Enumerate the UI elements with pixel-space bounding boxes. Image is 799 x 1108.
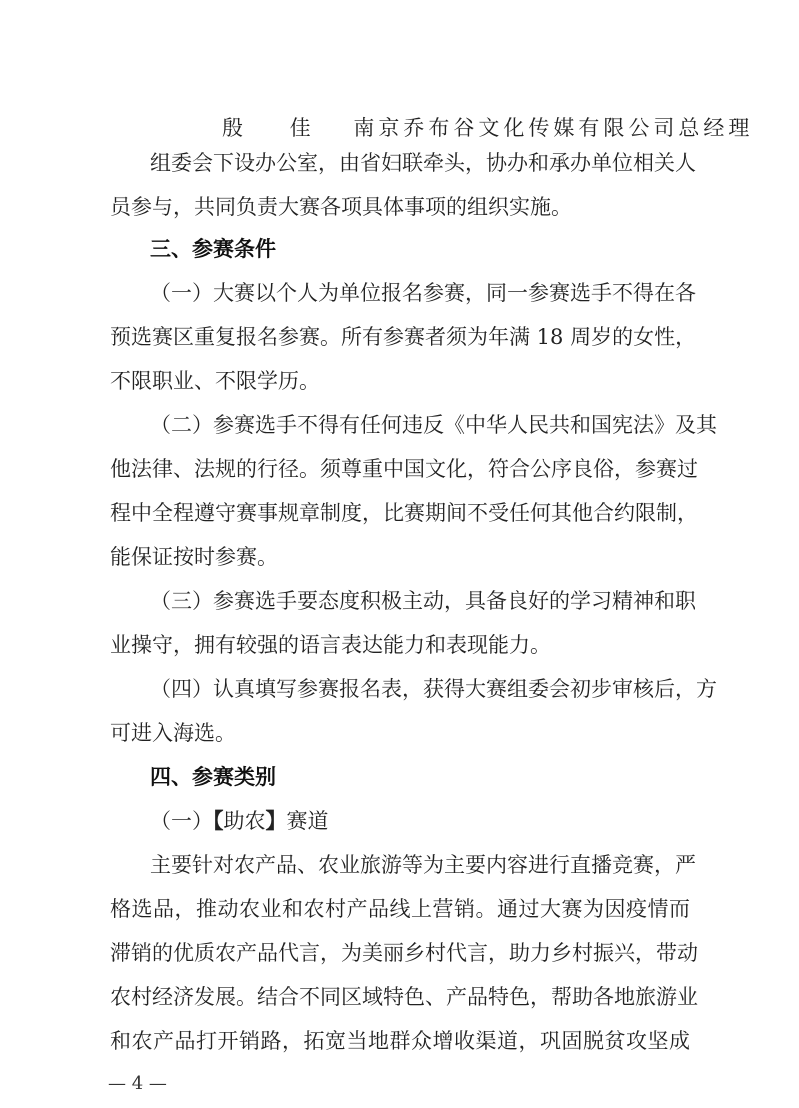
paragraph-line: 预选赛区重复报名参赛。所有参赛者须为年满 18 周岁的女性， xyxy=(110,322,690,352)
paragraph-line: （四）认真填写参赛报名表，获得大赛组委会初步审核后，方 xyxy=(150,674,690,704)
paragraph-line: 不限职业、不限学历。 xyxy=(110,366,690,396)
paragraph-line: （二）参赛选手不得有任何违反《中华人民共和国宪法》及其 xyxy=(150,410,690,440)
subsection-prefix: （一） xyxy=(150,809,213,833)
paragraph-line: 农村经济发展。结合不同区域特色、产品特色，帮助各地旅游业 xyxy=(110,982,690,1012)
section-heading-eligibility: 三、参赛条件 xyxy=(150,234,276,264)
member-title: 南京乔布谷文化传媒有限公司总经理 xyxy=(353,116,753,140)
paragraph-line: 滞销的优质农产品代言，为美丽乡村代言，助力乡村振兴，带动 xyxy=(110,938,690,968)
paragraph-line: 他法律、法规的行径。须尊重中国文化，符合公序良俗，参赛过 xyxy=(110,454,690,484)
paragraph-line: 和农产品打开销路，拓宽当地群众增收渠道，巩固脱贫攻坚成 xyxy=(110,1026,690,1056)
paragraph-line: 主要针对农产品、农业旅游等为主要内容进行直播竞赛，严 xyxy=(150,850,690,880)
section-heading-categories: 四、参赛类别 xyxy=(150,762,276,792)
committee-member-row: 殷 佳 南京乔布谷文化传媒有限公司总经理 xyxy=(222,113,753,143)
document-page: 殷 佳 南京乔布谷文化传媒有限公司总经理 组委会下设办公室，由省妇联牵头，协办和… xyxy=(0,0,799,1108)
paragraph-line: 组委会下设办公室，由省妇联牵头，协办和承办单位相关人 xyxy=(150,148,690,178)
paragraph-line: 能保证按时参赛。 xyxy=(110,542,690,572)
paragraph-line: （三）参赛选手要态度积极主动，具备良好的学习精神和职 xyxy=(150,586,690,616)
paragraph-line: 员参与，共同负责大赛各项具体事项的组织实施。 xyxy=(110,192,690,222)
subsection-suffix: 赛道 xyxy=(287,809,329,833)
subsection-heading-agriculture: （一）【助农】赛道 xyxy=(150,806,329,836)
paragraph-line: 程中全程遵守赛事规章制度，比赛期间不受任何其他合约限制， xyxy=(110,498,690,528)
bracket-close: 】 xyxy=(266,808,287,833)
bracket-open: 【 xyxy=(213,808,224,833)
paragraph-line: 可进入海选。 xyxy=(110,718,690,748)
page-number: — 4 — xyxy=(108,1072,167,1096)
subsection-keyword: 助农 xyxy=(224,809,266,833)
paragraph-line: 格选品，推动农业和农村产品线上营销。通过大赛为因疫情而 xyxy=(110,894,690,924)
paragraph-line: （一）大赛以个人为单位报名参赛，同一参赛选手不得在各 xyxy=(150,278,690,308)
member-name: 殷 佳 xyxy=(222,116,331,140)
paragraph-line: 业操守，拥有较强的语言表达能力和表现能力。 xyxy=(110,630,690,660)
